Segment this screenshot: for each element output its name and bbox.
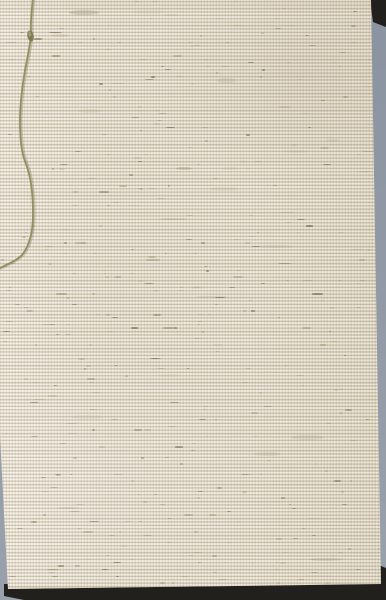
cloth-fleck: [321, 100, 325, 101]
cloth-fleck: [194, 45, 199, 46]
cloth-fleck: [54, 385, 57, 386]
cloth-fleck: [47, 25, 50, 26]
cloth-fleck: [155, 110, 160, 111]
cloth-fleck: [251, 310, 256, 311]
cloth-fleck: [252, 562, 254, 564]
cloth-fleck: [208, 314, 210, 315]
cloth-fleck: [8, 134, 12, 135]
cloth-fleck: [136, 110, 142, 111]
cloth-fleck: [32, 382, 39, 383]
cloth-fleck: [366, 419, 369, 420]
cloth-smudge: [57, 507, 79, 509]
cloth-fleck: [276, 538, 281, 540]
cloth-fleck: [49, 32, 62, 33]
cloth-fleck: [250, 215, 253, 216]
cloth-fleck: [89, 521, 99, 522]
cloth-fleck: [141, 457, 144, 459]
cloth-fleck: [34, 38, 42, 39]
cloth-fleck: [350, 480, 352, 481]
cloth-fleck: [321, 300, 324, 301]
cloth-fleck: [237, 521, 240, 522]
cloth-fleck: [50, 487, 57, 488]
cloth-fleck: [42, 324, 50, 325]
cloth-fleck: [64, 253, 67, 254]
cloth-fleck: [73, 457, 77, 459]
cloth-fleck: [11, 263, 15, 264]
cloth-fleck: [201, 242, 205, 243]
cloth-fleck: [353, 11, 357, 12]
cloth-fleck: [191, 45, 194, 47]
cloth-fleck: [107, 205, 110, 206]
cloth-fleck: [188, 147, 192, 148]
cloth-fleck: [266, 406, 272, 407]
cloth-fleck: [175, 446, 183, 447]
cloth-fleck: [311, 572, 317, 573]
cloth-fleck: [157, 198, 165, 199]
cloth-fleck: [129, 174, 133, 175]
cloth-fleck: [274, 372, 276, 373]
cloth-fleck: [165, 253, 167, 254]
cloth-fleck: [92, 293, 95, 294]
cloth-fleck: [84, 368, 86, 370]
cloth-fleck: [106, 314, 110, 316]
cloth-fleck: [217, 487, 222, 489]
cloth-fleck: [119, 185, 126, 187]
cloth-fleck: [351, 42, 357, 43]
cloth-fleck: [180, 287, 183, 288]
cloth-fleck: [215, 18, 224, 19]
cloth-fleck: [99, 191, 108, 192]
cloth-fleck: [293, 538, 298, 539]
cloth-fleck: [114, 202, 119, 203]
cloth-smudge: [303, 575, 333, 577]
cloth-fleck: [28, 76, 31, 77]
cloth-fleck: [120, 545, 128, 547]
cloth-fleck: [70, 474, 72, 475]
cloth-fleck: [4, 341, 8, 342]
cloth-fleck: [106, 555, 109, 556]
cloth-fleck: [168, 518, 171, 519]
cloth-fleck: [360, 280, 365, 281]
cloth-fleck: [52, 55, 60, 56]
cloth-fleck: [379, 242, 382, 243]
cloth-fleck: [67, 297, 69, 299]
cloth-fleck: [278, 317, 280, 318]
cloth-fleck: [161, 355, 164, 356]
cloth-fleck: [184, 514, 193, 515]
cloth-fleck: [325, 582, 330, 583]
cloth-fleck: [111, 419, 118, 420]
cloth-fleck: [66, 423, 77, 424]
cloth-fleck: [31, 436, 38, 437]
cloth-fleck: [187, 368, 189, 369]
cloth-fleck: [75, 151, 82, 152]
cloth-smudge: [164, 14, 179, 16]
cloth-fleck: [308, 127, 311, 128]
cloth-fleck: [89, 344, 91, 345]
cloth-fleck: [334, 389, 338, 391]
cloth-fleck: [289, 504, 291, 505]
cloth-fleck: [367, 249, 371, 251]
cloth-fleck: [107, 25, 111, 26]
cloth-fleck: [193, 443, 196, 444]
cloth-fleck: [134, 429, 142, 430]
cloth-fleck: [240, 161, 247, 162]
cloth-fleck: [189, 555, 194, 556]
cloth-fleck: [249, 300, 252, 301]
cloth-fleck: [139, 521, 142, 522]
cloth-fleck: [75, 565, 80, 566]
cloth-fleck: [102, 569, 109, 570]
cloth-fleck: [138, 280, 144, 282]
cloth-fleck: [332, 62, 337, 63]
cloth-fleck: [234, 1, 237, 2]
cloth-smudge: [284, 150, 309, 153]
cloth-fleck: [227, 511, 231, 512]
cloth-fleck: [157, 348, 160, 349]
cloth-fleck: [218, 579, 227, 580]
cloth-fleck: [76, 504, 84, 505]
cloth-fleck: [166, 127, 175, 128]
cloth-fleck: [381, 446, 384, 447]
cloth-fleck: [248, 62, 254, 63]
cloth-fleck: [6, 42, 17, 43]
cloth-smudge: [189, 286, 205, 289]
cloth-fleck: [144, 429, 151, 430]
cloth-fleck: [344, 355, 346, 356]
cloth-fleck: [96, 382, 98, 383]
cloth-fleck: [60, 164, 68, 165]
cloth-fleck: [5, 433, 9, 434]
cloth-fleck: [359, 259, 365, 260]
cloth-fleck: [102, 134, 107, 135]
cloth-fleck: [357, 154, 361, 155]
cloth-fleck: [103, 270, 105, 271]
cloth-fleck: [113, 474, 123, 475]
cloth-fleck: [343, 96, 348, 98]
cloth-fleck: [200, 35, 202, 37]
cloth-fleck: [254, 161, 264, 162]
cloth-fleck: [17, 528, 23, 529]
cloth-fleck: [165, 69, 171, 70]
cloth-fleck: [67, 433, 78, 434]
cloth-fleck: [291, 144, 297, 146]
cloth-fleck: [223, 562, 227, 563]
cloth-fleck: [302, 280, 313, 281]
cloth-fleck: [172, 582, 174, 583]
cloth-fleck: [70, 185, 72, 186]
cloth-fleck: [130, 273, 134, 274]
cloth-fleck: [1, 259, 4, 260]
cloth-fleck: [242, 382, 248, 383]
cloth-fleck: [275, 569, 279, 570]
cloth-fleck: [87, 378, 95, 379]
cloth-fleck: [138, 106, 141, 108]
cloth-fleck: [143, 501, 147, 503]
cloth-fleck: [161, 66, 164, 67]
cloth-fleck: [30, 402, 39, 403]
cloth-fleck: [69, 511, 80, 512]
cloth-fleck: [104, 273, 106, 274]
cloth-fleck: [173, 55, 182, 56]
cloth-fleck: [260, 474, 262, 475]
cloth-fleck: [3, 331, 10, 332]
cloth-fleck: [6, 528, 9, 529]
cloth-fleck: [139, 59, 147, 60]
cloth-fleck: [314, 463, 316, 464]
cloth-fleck: [152, 1, 158, 2]
cloth-fleck: [229, 287, 235, 288]
cloth-fleck: [312, 293, 323, 294]
cloth-fleck: [292, 263, 295, 264]
cloth-fleck: [168, 426, 177, 427]
cloth-fleck: [216, 351, 219, 352]
cloth-fleck: [194, 253, 197, 254]
cloth-fleck: [73, 191, 78, 192]
cloth-fleck: [198, 314, 202, 315]
cloth-fleck: [199, 321, 201, 322]
cloth-smudge: [217, 78, 236, 82]
cloth-fleck: [24, 378, 29, 379]
cloth-fleck: [163, 327, 176, 328]
cloth-fleck: [52, 576, 58, 577]
cloth-fleck: [187, 215, 194, 216]
cloth-fleck: [374, 168, 379, 169]
cloth-fleck: [212, 555, 217, 557]
cloth-fleck: [6, 321, 12, 322]
cloth-fleck: [205, 266, 207, 267]
cloth-fleck: [67, 324, 70, 325]
cloth-fleck: [345, 409, 352, 411]
cloth-fleck: [154, 123, 160, 124]
cloth-fleck: [48, 395, 56, 396]
cloth-fleck: [109, 535, 115, 536]
cloth-fleck: [72, 205, 78, 206]
cloth-fleck: [227, 542, 230, 543]
cloth-smudge: [326, 139, 339, 141]
cloth-fleck: [47, 569, 59, 570]
cloth-fleck: [290, 25, 293, 26]
cloth-fleck: [287, 62, 291, 63]
cloth-fleck: [107, 154, 110, 155]
cloth-fleck: [338, 552, 343, 553]
cloth-fleck: [167, 542, 171, 543]
cloth-fleck: [26, 399, 28, 400]
cloth-fleck: [59, 28, 63, 29]
cloth-fleck: [112, 317, 118, 318]
cloth-fleck: [330, 307, 335, 309]
cloth-fleck: [189, 518, 193, 519]
cloth-fleck: [205, 140, 208, 141]
cloth-fleck: [150, 358, 160, 359]
cloth-smudge: [69, 10, 99, 15]
cloth-fleck: [209, 514, 216, 515]
cloth-fleck: [253, 436, 258, 437]
cloth-fleck: [309, 45, 316, 46]
cloth-fleck: [125, 521, 132, 522]
cloth-fleck: [342, 504, 347, 505]
cloth-fleck: [357, 283, 360, 284]
cloth-fleck: [119, 531, 122, 532]
cloth-fleck: [261, 32, 264, 34]
cloth-fleck: [236, 25, 242, 26]
cloth-fleck: [260, 76, 262, 78]
cloth-fleck: [157, 120, 162, 121]
cloth-fleck: [92, 429, 95, 431]
cloth-fleck: [351, 25, 357, 27]
cloth-fleck: [213, 178, 218, 179]
cloth-smudge: [259, 245, 294, 248]
cloth-fleck: [283, 552, 287, 553]
cloth-fleck: [26, 310, 32, 312]
cloth-fleck: [299, 79, 302, 80]
cloth-fleck: [350, 440, 357, 441]
cloth-fleck: [292, 508, 296, 509]
cloth-fleck: [92, 392, 100, 393]
cloth-fleck: [118, 42, 121, 43]
cloth-fleck: [107, 331, 113, 332]
cloth-fleck: [326, 423, 331, 424]
cloth-fleck: [32, 225, 34, 226]
cloth-fleck: [20, 32, 24, 33]
cloth-fleck: [138, 494, 140, 495]
cloth-fleck: [312, 535, 316, 536]
cloth-fleck: [357, 171, 361, 172]
cloth-fleck: [285, 365, 287, 366]
cloth-fleck: [193, 552, 202, 553]
cloth-fleck: [376, 110, 378, 111]
cloth-fleck: [281, 497, 285, 498]
cloth-fleck: [360, 171, 371, 172]
cloth-fleck: [257, 232, 260, 233]
cloth-fleck: [373, 300, 375, 301]
cloth-fleck: [320, 344, 326, 345]
cloth-fleck: [78, 42, 83, 43]
cloth-fleck: [250, 236, 255, 237]
cloth-fleck: [267, 185, 269, 186]
cloth-fleck: [43, 514, 47, 516]
cloth-fleck: [339, 66, 342, 67]
cloth-fleck: [87, 559, 89, 560]
cloth-flecks: [0, 0, 386, 600]
cloth-fleck: [151, 76, 156, 78]
cloth-fleck: [378, 55, 383, 56]
cloth-fleck: [198, 562, 201, 563]
cloth-fleck: [160, 582, 165, 583]
cloth-fleck: [326, 137, 332, 138]
cloth-fleck: [213, 572, 217, 573]
cloth-fleck: [323, 164, 331, 165]
cloth-fleck: [111, 83, 124, 84]
cloth-fleck: [331, 341, 338, 342]
cloth-fleck: [131, 327, 138, 328]
cloth-fleck: [280, 212, 294, 213]
cloth-fleck: [205, 59, 207, 60]
cloth-fleck: [86, 365, 91, 367]
cloth-fleck: [188, 42, 193, 43]
cloth-fleck: [133, 157, 142, 158]
cloth-fleck: [89, 382, 94, 383]
cloth-fleck: [334, 480, 341, 481]
cloth-fleck: [113, 96, 116, 98]
cloth-fleck: [373, 188, 384, 189]
cloth-fleck: [357, 307, 360, 308]
cloth-fleck: [298, 579, 304, 580]
cloth-fleck: [352, 249, 364, 250]
cloth-fleck: [41, 477, 47, 478]
cloth-fleck: [46, 113, 48, 114]
cloth-fleck: [325, 470, 328, 472]
cloth-fleck: [376, 72, 382, 73]
cloth-fleck: [302, 385, 304, 386]
cloth-fleck: [197, 164, 201, 165]
cloth-smudge: [310, 558, 342, 561]
cloth-fleck: [106, 276, 109, 277]
cloth-fleck: [215, 419, 217, 420]
cloth-fleck: [286, 280, 289, 281]
cloth-fleck: [233, 239, 240, 240]
cloth-fleck: [196, 338, 202, 339]
cloth-fleck: [278, 106, 291, 108]
cloth-fleck: [180, 463, 183, 464]
cloth-fleck: [206, 270, 209, 272]
cloth-fleck: [170, 402, 179, 403]
cloth-fleck: [56, 474, 61, 476]
cloth-fleck: [144, 283, 154, 284]
cloth-fleck: [207, 66, 209, 67]
cloth-fleck: [25, 232, 27, 233]
cloth-fleck: [378, 548, 380, 550]
cloth-fleck: [83, 531, 94, 532]
cloth-fleck: [216, 72, 218, 73]
cloth-fleck: [283, 8, 286, 9]
cloth-fleck: [198, 324, 201, 325]
cloth-fleck: [113, 562, 121, 563]
cloth-fleck: [128, 205, 139, 206]
cloth-fleck: [158, 113, 168, 114]
cloth-fleck: [202, 127, 208, 128]
cloth-fleck: [348, 52, 350, 53]
cloth-fleck: [302, 528, 305, 529]
cloth-fleck: [203, 409, 206, 410]
cloth-smudge: [51, 34, 70, 37]
cloth-fleck: [7, 290, 11, 291]
cloth-fleck: [34, 399, 45, 400]
cloth-fleck: [154, 290, 158, 292]
cloth-fleck: [109, 89, 112, 90]
cloth-fleck: [275, 18, 279, 19]
cloth-fleck: [78, 358, 86, 360]
cloth-fleck: [242, 491, 247, 493]
cloth-smudge: [209, 187, 239, 191]
cloth-fleck: [226, 42, 229, 43]
cloth-fleck: [41, 491, 50, 492]
cloth-fleck: [340, 542, 348, 543]
cloth-fleck: [206, 436, 209, 437]
cloth-fleck: [160, 504, 165, 505]
cloth-fleck: [157, 368, 164, 369]
cloth-fleck: [276, 562, 279, 563]
cloth-fleck: [65, 334, 71, 335]
cloth-fleck: [320, 147, 329, 149]
cloth-fleck: [58, 565, 64, 566]
cloth-fleck: [99, 225, 103, 226]
cloth-fleck: [145, 154, 147, 155]
cloth-fleck: [106, 49, 110, 50]
cloth-fleck: [31, 521, 37, 523]
cloth-fleck: [280, 562, 285, 564]
cloth-fleck: [191, 83, 194, 85]
